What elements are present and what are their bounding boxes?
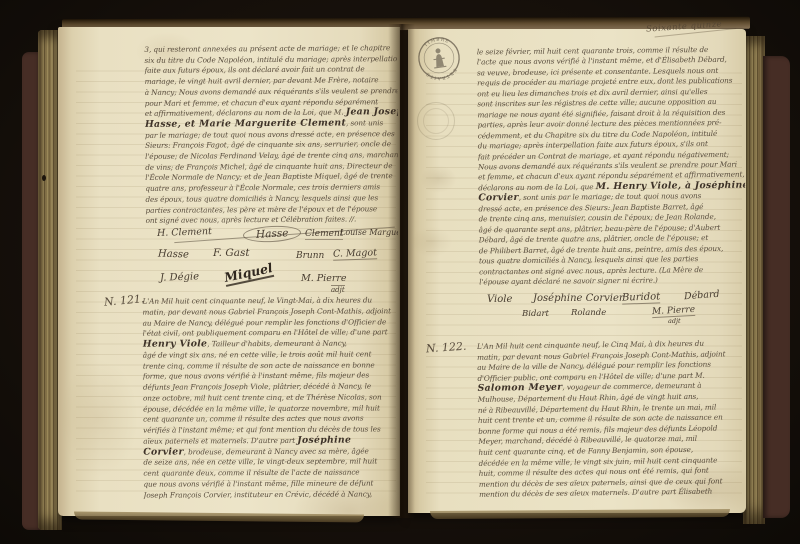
signature: adjt (668, 317, 681, 325)
signature: Rolande (571, 308, 606, 318)
record-122-text: L'An Mil huit cent cinquante neuf, le Ci… (477, 338, 745, 501)
signature: Débard (684, 289, 720, 302)
signature: Bidart (522, 309, 549, 319)
signature: Viole (487, 294, 512, 305)
signature: Joséphine Corvier (533, 293, 624, 304)
register-book-photo: 3, qui resteront annexées au présent act… (0, 0, 800, 544)
signature: Buridot (622, 291, 661, 304)
